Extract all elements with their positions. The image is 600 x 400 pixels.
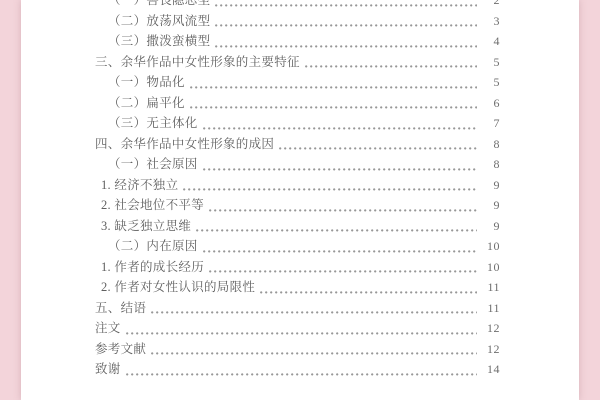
dot-leader-icon: [260, 291, 477, 294]
toc-entry-page: 6: [480, 93, 500, 114]
toc-entry: 2. 社会地位不平等 9: [21, 195, 579, 216]
dot-leader-icon: [183, 188, 477, 191]
toc-entry: 注文 12: [21, 318, 579, 339]
dot-leader-icon: [190, 86, 477, 89]
dot-leader-icon: [209, 270, 477, 273]
dot-leader-icon: [209, 209, 477, 212]
toc-entry: （二）放荡风流型 3: [21, 11, 579, 32]
toc-entry-label: （三）无主体化: [108, 113, 198, 134]
toc-entry-label: 2. 作者对女性认识的局限性: [101, 277, 255, 298]
toc-entry-label: （二）放荡风流型: [108, 11, 210, 32]
toc-entry: （一）善良隐忍型 2: [21, 0, 579, 11]
toc-entry-page: 5: [480, 52, 500, 73]
toc-entry-label: 注文: [95, 318, 121, 339]
toc-entry-page: 12: [480, 318, 500, 339]
toc-entry-label: 四、余华作品中女性形象的成因: [95, 134, 274, 155]
toc-entry-label: 三、余华作品中女性形象的主要特征: [95, 52, 300, 73]
toc-entry-page: 9: [480, 175, 500, 196]
toc-entry-page: 3: [480, 11, 500, 32]
toc-entry-page: 14: [480, 359, 500, 380]
toc-entry-page: 7: [480, 113, 500, 134]
toc-entry-page: 11: [480, 298, 500, 319]
dot-leader-icon: [279, 147, 477, 150]
toc-entry: 3. 缺乏独立思维 9: [21, 216, 579, 237]
toc-entry-label: 1. 作者的成长经历: [101, 257, 204, 278]
dot-leader-icon: [151, 352, 477, 355]
toc-entry-label: （三）撒泼蛮横型: [108, 31, 210, 52]
toc-entry: （一）社会原因 8: [21, 154, 579, 175]
toc-entry-page: 5: [480, 72, 500, 93]
toc-entry: 1. 经济不独立 9: [21, 175, 579, 196]
toc-entry-label: 2. 社会地位不平等: [101, 195, 204, 216]
toc-entry: 参考文献 12: [21, 339, 579, 360]
toc-entry-page: 4: [480, 31, 500, 52]
dot-leader-icon: [196, 229, 477, 232]
toc-entry: （三）无主体化 7: [21, 113, 579, 134]
dot-leader-icon: [203, 127, 477, 130]
toc-entry-label: （一）善良隐忍型: [108, 0, 210, 11]
toc-entry-label: 五、结语: [95, 298, 146, 319]
toc-entry: 三、余华作品中女性形象的主要特征 5: [21, 52, 579, 73]
dot-leader-icon: [151, 311, 477, 314]
dot-leader-icon: [203, 168, 477, 171]
toc-entry-page: 12: [480, 339, 500, 360]
toc-entry: 2. 作者对女性认识的局限性 11: [21, 277, 579, 298]
paper-page: （一）善良隐忍型 2 （二）放荡风流型 3 （三）撒泼蛮横型 4 三、余华作品中…: [21, 0, 579, 400]
toc-entry-page: 8: [480, 154, 500, 175]
toc-list: （一）善良隐忍型 2 （二）放荡风流型 3 （三）撒泼蛮横型 4 三、余华作品中…: [21, 0, 579, 380]
toc-entry-page: 9: [480, 216, 500, 237]
toc-entry-label: 3. 缺乏独立思维: [101, 216, 191, 237]
toc-entry-page: 10: [480, 257, 500, 278]
toc-entry-label: （二）扁平化: [108, 93, 185, 114]
dot-leader-icon: [215, 45, 477, 48]
dot-leader-icon: [215, 4, 477, 7]
toc-entry-label: 参考文献: [95, 339, 146, 360]
toc-entry: 致谢 14: [21, 359, 579, 380]
toc-entry-page: 8: [480, 134, 500, 155]
toc-entry: 四、余华作品中女性形象的成因 8: [21, 134, 579, 155]
toc-entry: （二）扁平化 6: [21, 93, 579, 114]
dot-leader-icon: [215, 24, 477, 27]
toc-entry-page: 10: [480, 236, 500, 257]
dot-leader-icon: [126, 373, 477, 376]
toc-entry: （一）物品化 5: [21, 72, 579, 93]
toc-entry-label: 1. 经济不独立: [101, 175, 178, 196]
toc-entry-label: （二）内在原因: [108, 236, 198, 257]
dot-leader-icon: [203, 250, 477, 253]
toc-entry: （三）撒泼蛮横型 4: [21, 31, 579, 52]
screenshot-root: { "style": { "canvas_pink": "#f3d4da", "…: [0, 0, 600, 400]
toc-entry: （二）内在原因 10: [21, 236, 579, 257]
toc-entry-page: 2: [480, 0, 500, 11]
dot-leader-icon: [126, 332, 477, 335]
dot-leader-icon: [305, 65, 477, 68]
toc-entry-page: 11: [480, 277, 500, 298]
toc-entry-label: 致谢: [95, 359, 121, 380]
toc-entry-label: （一）物品化: [108, 72, 185, 93]
toc-entry-page: 9: [480, 195, 500, 216]
toc-entry: 1. 作者的成长经历 10: [21, 257, 579, 278]
toc-entry: 五、结语 11: [21, 298, 579, 319]
toc-entry-label: （一）社会原因: [108, 154, 198, 175]
dot-leader-icon: [190, 106, 477, 109]
